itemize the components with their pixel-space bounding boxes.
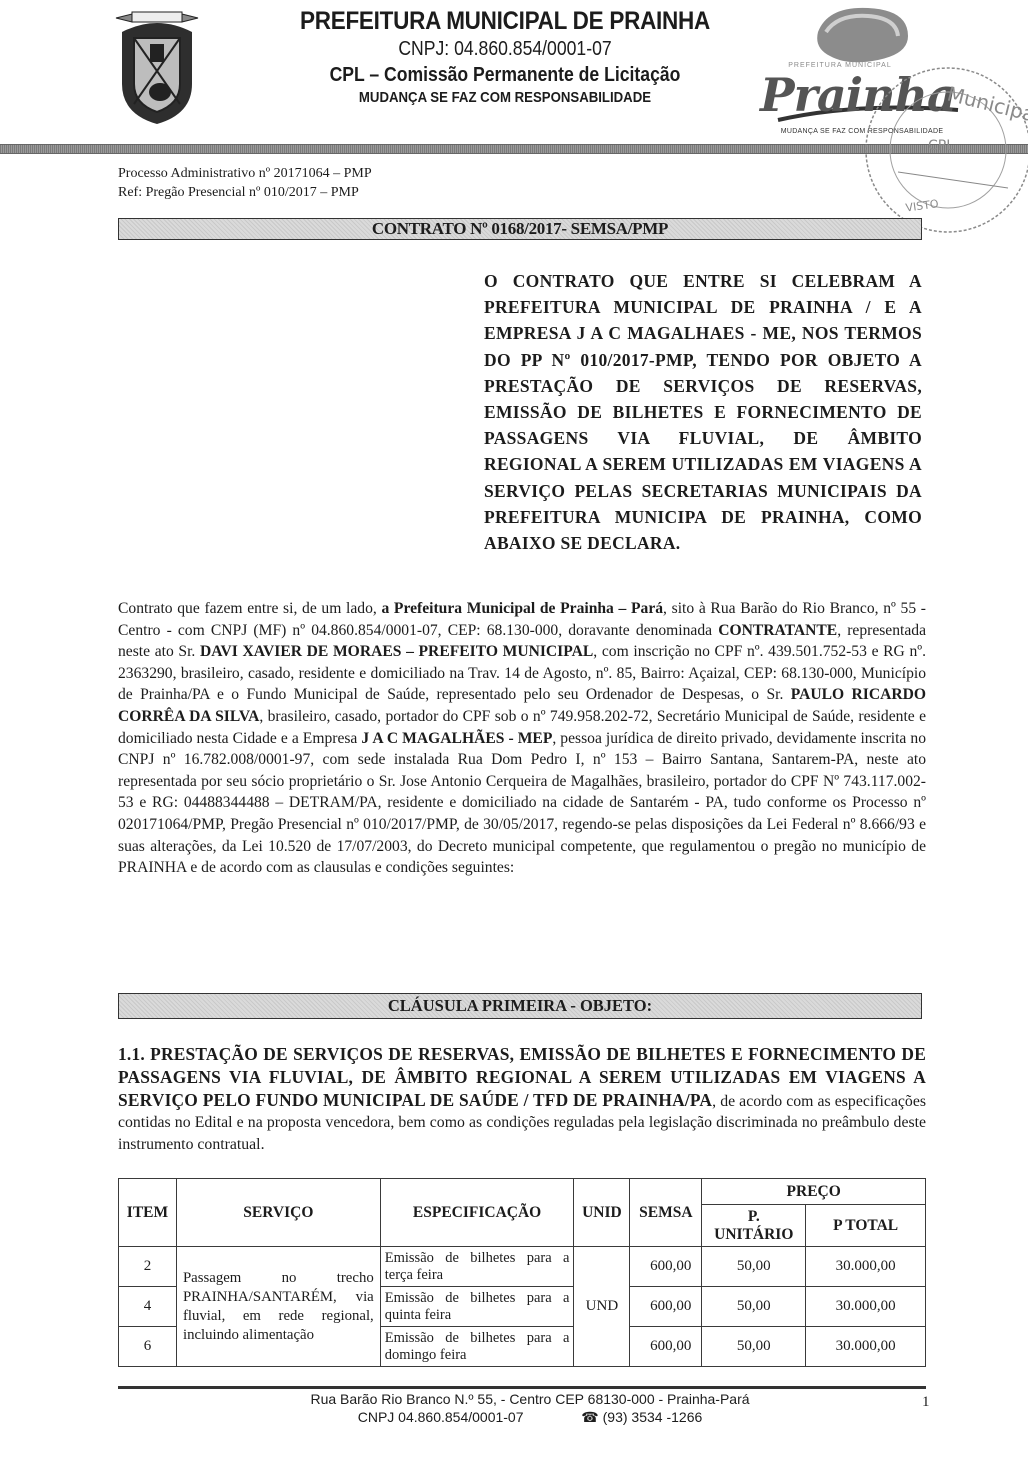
header-semsa: SEMSA [630,1179,702,1247]
header-item: ITEM [119,1179,177,1247]
letterhead-motto: MUDANÇA SE FAZ COM RESPONSABILIDADE [272,88,738,108]
cell-unit-price: 50,00 [702,1247,806,1287]
cell-service: Passagem no trecho PRAINHA/SANTARÉM, via… [176,1247,380,1367]
letterhead-department: CPL – Comissão Permanente de Licitação [272,62,738,88]
cell-semsa: 600,00 [630,1247,702,1287]
page-footer: Rua Barão Rio Branco N.º 55, - Centro CE… [250,1390,810,1426]
contract-title: CONTRATO Nº 0168/2017- SEMSA/PMP [118,218,922,240]
cell-spec: Emissão de bilhetes para a domingo feira [380,1327,574,1367]
contracting-party-name: a Prefeitura Municipal de Prainha – Pará [381,600,663,617]
contract-parties-paragraph: Contrato que fazem entre si, de um lado,… [118,598,926,879]
cell-total: 30.000,00 [806,1287,926,1327]
letterhead-title: PREFEITURA MUNICIPAL DE PRAINHA [267,6,744,36]
footer-divider [118,1386,926,1389]
clause-object-paragraph: 1.1. PRESTAÇÃO DE SERVIÇOS DE RESERVAS, … [118,1044,926,1156]
cell-semsa: 600,00 [630,1287,702,1327]
cell-unit-price: 50,00 [702,1287,806,1327]
cell-spec: Emissão de bilhetes para a quinta feira [380,1287,574,1327]
process-references: Processo Administrativo nº 20171064 – PM… [118,164,372,202]
contractor-company-name: J A C MAGALHÃES - MEP [361,730,552,747]
letterhead-cnpj: CNPJ: 04.860.854/0001-07 [272,36,738,62]
header-spec: ESPECIFICAÇÃO [380,1179,574,1247]
cell-item: 4 [119,1287,177,1327]
footer-phone: (93) 3534 -1266 [603,1408,703,1426]
cell-total: 30.000,00 [806,1327,926,1367]
cell-unit: UND [574,1247,630,1367]
svg-text:Municipal: Municipal [945,82,1028,128]
cell-semsa: 600,00 [630,1327,702,1367]
header-total: P TOTAL [806,1205,926,1247]
contratante-label: CONTRATANTE [718,622,837,639]
header-unit: UNID [574,1179,630,1247]
contract-preamble: O CONTRATO QUE ENTRE SI CELEBRAM A PREFE… [484,268,922,556]
header-unit-price: P. UNITÁRIO [702,1205,806,1247]
process-number: Processo Administrativo nº 20171064 – PM… [118,164,372,183]
cell-item: 2 [119,1247,177,1287]
cell-spec: Emissão de bilhetes para a terça feira [380,1247,574,1287]
header-service: SERVIÇO [176,1179,380,1247]
footer-address: Rua Barão Rio Branco N.º 55, - Centro CE… [250,1390,810,1408]
header-price: PREÇO [702,1179,926,1205]
svg-text:VISTO: VISTO [905,197,940,215]
body-text: Contrato que fazem entre si, de um lado, [118,600,381,617]
cell-total: 30.000,00 [806,1247,926,1287]
letterhead: PREFEITURA MUNICIPAL DE PRAINHA CNPJ: 04… [240,6,770,108]
telephone-icon: ☎ [581,1408,598,1426]
cell-unit-price: 50,00 [702,1327,806,1367]
clause-title: CLÁUSULA PRIMEIRA - OBJETO: [118,993,922,1019]
services-price-table: ITEM SERVIÇO ESPECIFICAÇÃO UNID SEMSA PR… [118,1178,926,1367]
svg-text:CPL: CPL [928,138,954,154]
tender-reference: Ref: Pregão Presencial nº 010/2017 – PMP [118,183,372,202]
table-row: 2 Passagem no trecho PRAINHA/SANTARÉM, v… [119,1247,926,1287]
page-number: 1 [922,1394,930,1411]
municipal-crest-icon [112,4,202,128]
body-text: , pessoa jurídica de direito privado, de… [118,730,926,877]
footer-cnpj: CNPJ 04.860.854/0001-07 [358,1408,524,1426]
cell-item: 6 [119,1327,177,1367]
visto-stamp-icon: Municipal CPL VISTO [858,60,1028,240]
mayor-name: DAVI XAVIER DE MORAES – PREFEITO MUNICIP… [200,643,593,660]
